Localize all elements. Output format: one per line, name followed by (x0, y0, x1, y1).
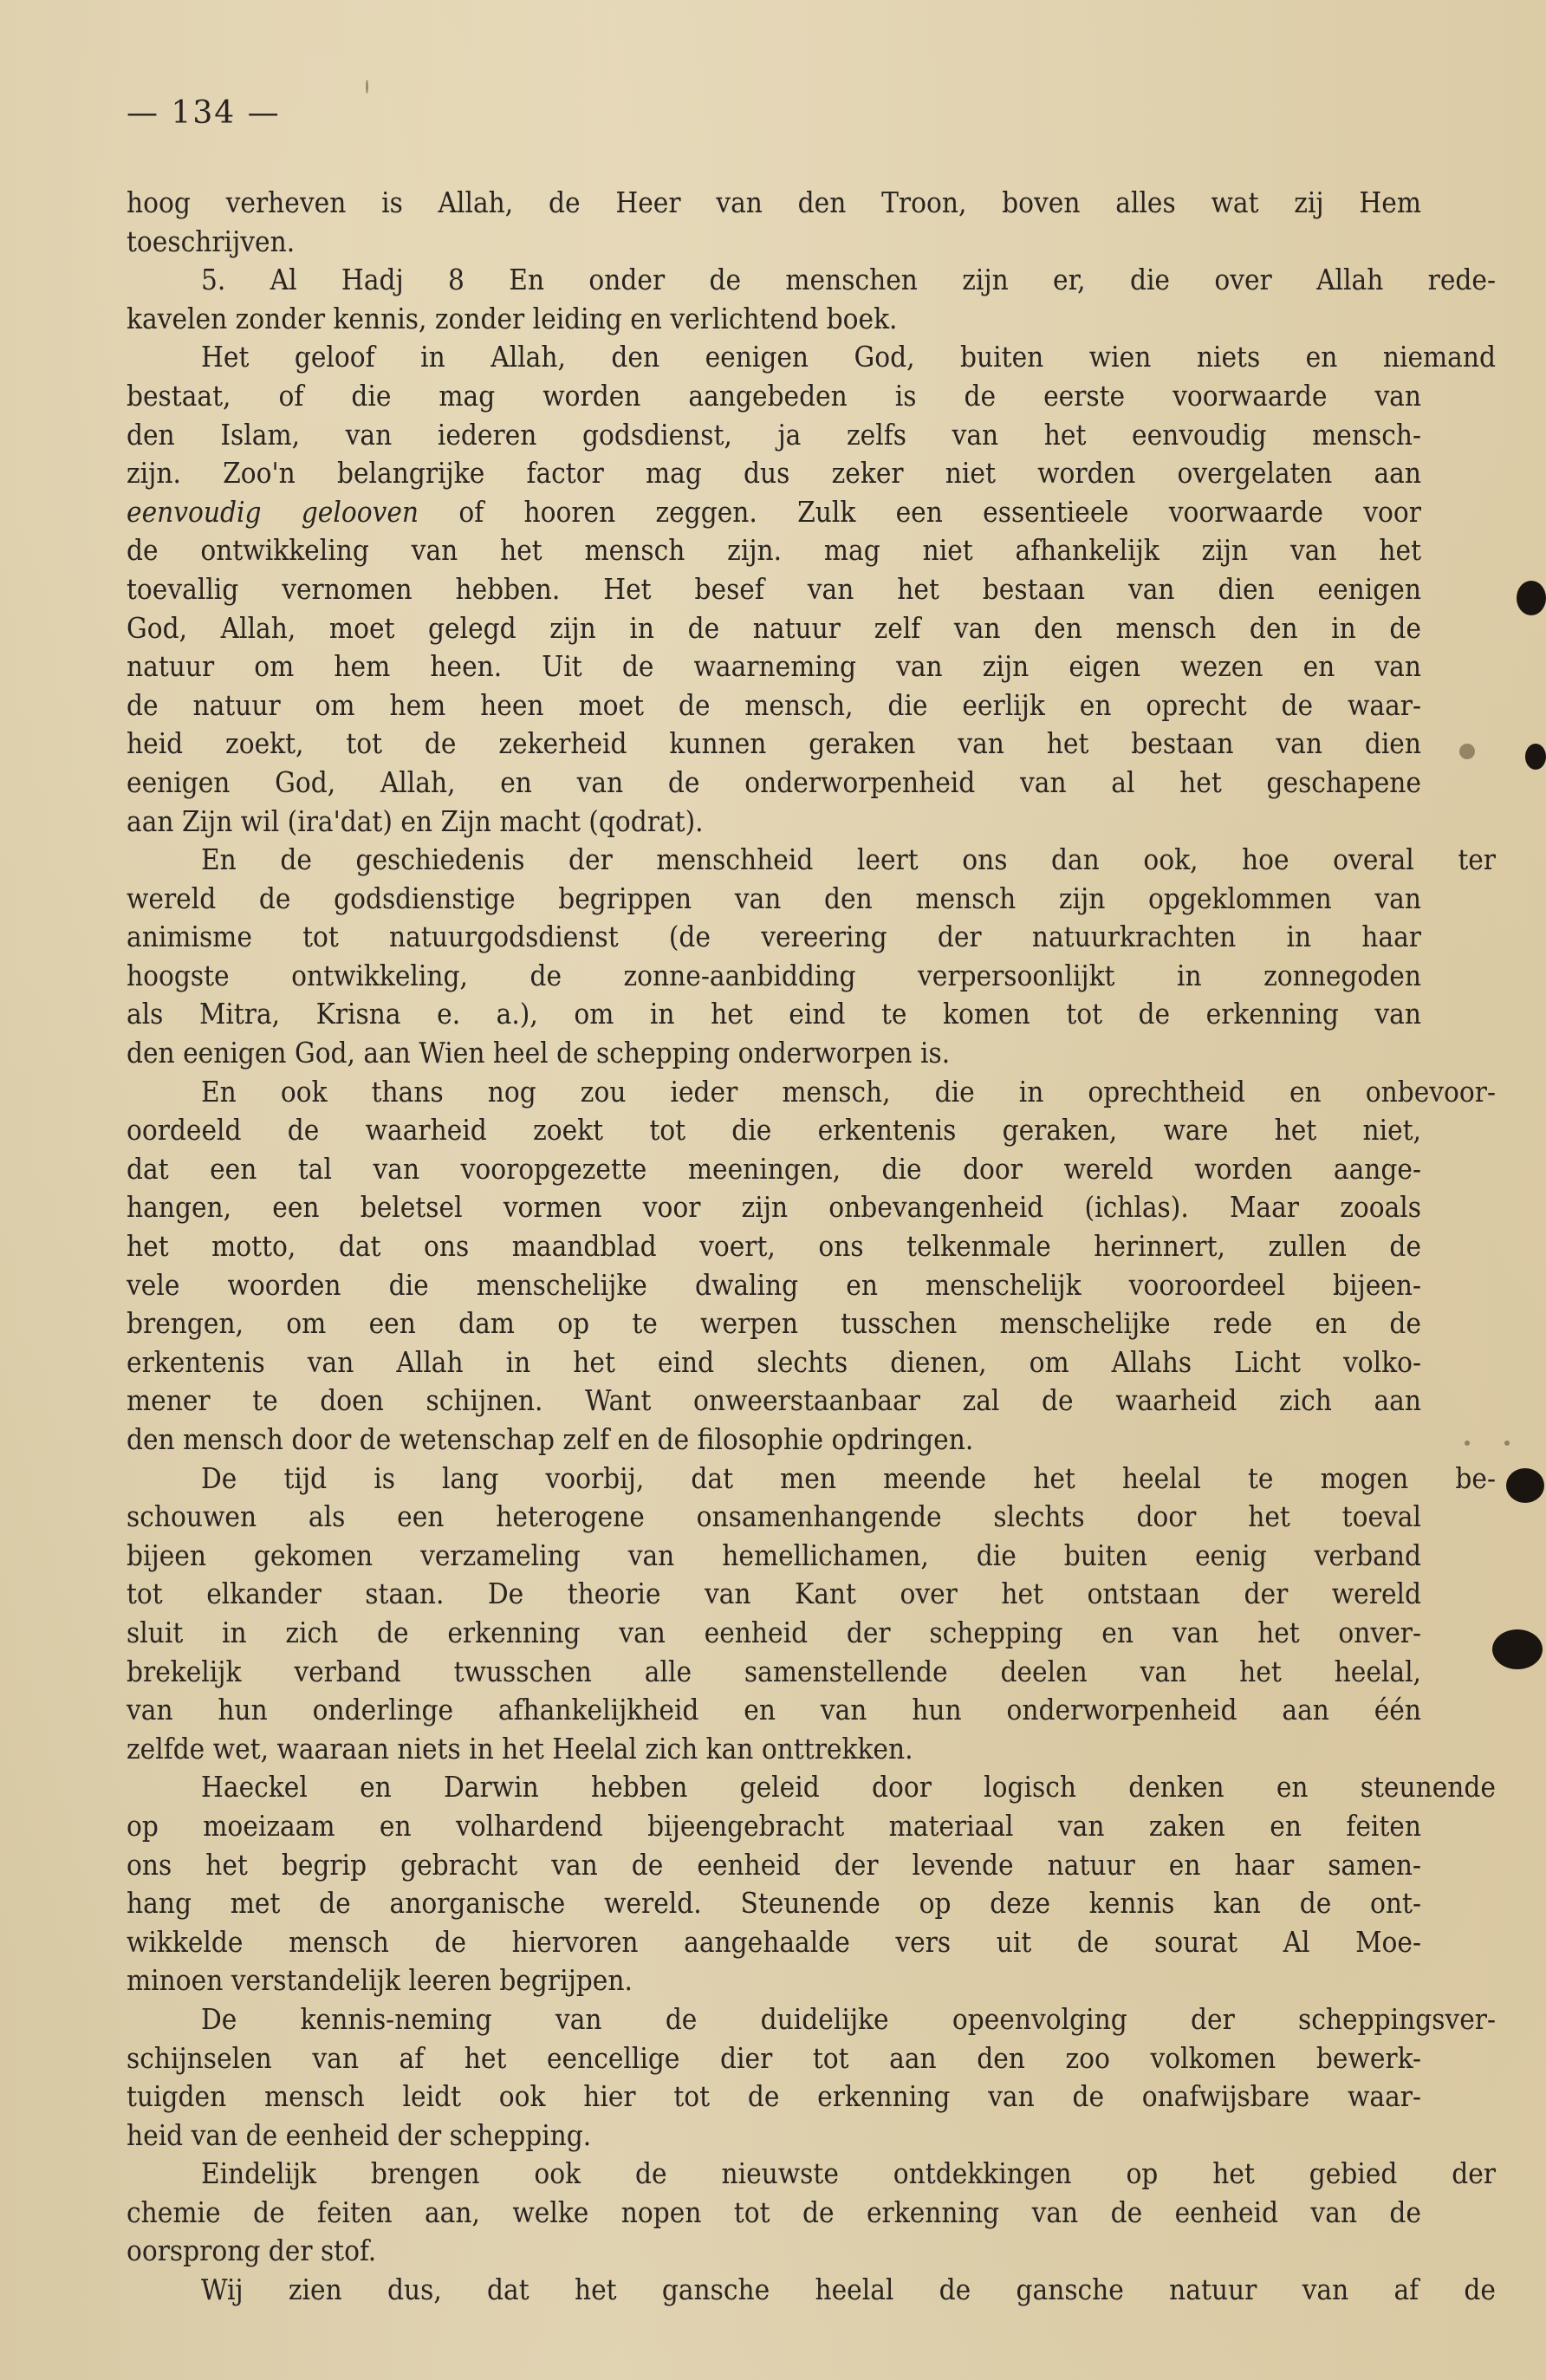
line-text: oordeeld de waarheid zoekt tot die erken… (127, 1113, 1421, 1147)
line-text: het motto, dat ons maandblad voert, ons … (127, 1229, 1421, 1263)
line-text: God, Allah, moet gelegd zijn in de natuu… (127, 611, 1421, 645)
line-text: De tijd is lang voorbij, dat men meende … (201, 1461, 1496, 1495)
line-text: dat een tal van vooropgezette meeningen,… (127, 1152, 1421, 1186)
line-text: wereld de godsdienstige begrippen van de… (127, 881, 1421, 915)
text-line: hangen, een beletsel vormen voor zijn on… (127, 1188, 1421, 1227)
line-text: als Mitra, Krisna e. a.), om in het eind… (127, 997, 1421, 1031)
line-text: hoogste ontwikkeling, de zonne-aanbiddin… (127, 959, 1421, 992)
text-line: tot elkander staan. De theorie van Kant … (127, 1575, 1421, 1614)
text-line: Het geloof in Allah, den eenigen God, bu… (127, 338, 1496, 377)
line-text: den mensch door de wetenschap zelf en de… (127, 1422, 973, 1456)
text-line: bestaat, of die mag worden aangebeden is… (127, 377, 1421, 416)
line-text: 5. Al Hadj 8 En onder de menschen zijn e… (201, 263, 1496, 296)
line-text: hoog verheven is Allah, de Heer van den … (127, 185, 1421, 219)
paper-speck (1465, 1440, 1470, 1446)
paper-speck (1504, 1440, 1510, 1446)
line-text: op moeizaam en volhardend bijeengebracht… (127, 1809, 1421, 1843)
text-line: Wij zien dus, dat het gansche heelal de … (127, 2271, 1496, 2310)
text-line: hang met de anorganische wereld. Steunen… (127, 1884, 1421, 1923)
line-text: den eenigen God, aan Wien heel de schepp… (127, 1036, 950, 1070)
text-line: mener te doen schijnen. Want onweerstaan… (127, 1382, 1421, 1421)
line-text: De kennis-neming van de duidelijke opeen… (201, 2002, 1496, 2036)
line-text: Haeckel en Darwin hebben geleid door log… (201, 1770, 1496, 1804)
line-text: minoen verstandelijk leeren begrijpen. (127, 1963, 633, 1997)
text-line: natuur om hem heen. Uit de waarneming va… (127, 647, 1421, 686)
line-text: van hun onderlinge afhankelijkheid en va… (127, 1693, 1421, 1726)
paper-speck (366, 80, 368, 94)
line-text: tuigden mensch leidt ook hier tot de erk… (127, 2079, 1421, 2113)
line-text: erkentenis van Allah in het eind slechts… (127, 1345, 1421, 1379)
text-line: de natuur om hem heen moet de mensch, di… (127, 686, 1421, 725)
text-line: En ook thans nog zou ieder mensch, die i… (127, 1073, 1496, 1112)
text-line: toeschrijven. (127, 223, 1421, 262)
line-text: mener te doen schijnen. Want onweerstaan… (127, 1383, 1421, 1417)
line-text: bestaat, of die mag worden aangebeden is… (127, 379, 1421, 413)
text-line: brekelijk verband twusschen alle samenst… (127, 1653, 1421, 1692)
line-text: schouwen als een heterogene onsamenhange… (127, 1499, 1421, 1533)
line-text: brekelijk verband twusschen alle samenst… (127, 1655, 1421, 1688)
line-text: de natuur om hem heen moet de mensch, di… (127, 688, 1421, 722)
line-text: toevallig vernomen hebben. Het besef van… (127, 572, 1421, 606)
text-line: zelfde wet, waaraan niets in het Heelal … (127, 1730, 1421, 1769)
line-text: eenigen God, Allah, en van de onderworpe… (127, 765, 1421, 799)
line-text: de ontwikkeling van het mensch zijn. mag… (127, 533, 1421, 567)
text-line: En de geschiedenis der menschheid leert … (127, 841, 1496, 880)
text-line: oordeeld de waarheid zoekt tot die erken… (127, 1111, 1421, 1150)
line-text: Het geloof in Allah, den eenigen God, bu… (201, 340, 1496, 374)
text-line: wikkelde mensch de hiervoren aangehaalde… (127, 1923, 1421, 1962)
line-text: chemie de feiten aan, welke nopen tot de… (127, 2195, 1421, 2229)
text-line: 5. Al Hadj 8 En onder de menschen zijn e… (127, 261, 1496, 300)
line-text: zijn. Zoo'n belangrijke factor mag dus z… (127, 456, 1421, 490)
binding-hole-3 (1506, 1468, 1544, 1503)
text-line: bijeen gekomen verzameling van hemellich… (127, 1537, 1421, 1576)
text-line: wereld de godsdienstige begrippen van de… (127, 880, 1421, 919)
text-line: het motto, dat ons maandblad voert, ons … (127, 1227, 1421, 1266)
text-line: heid van de eenheid der schepping. (127, 2117, 1421, 2156)
text-line: De kennis-neming van de duidelijke opeen… (127, 2000, 1496, 2039)
text-line: als Mitra, Krisna e. a.), om in het eind… (127, 995, 1421, 1034)
text-line: op moeizaam en volhardend bijeengebracht… (127, 1807, 1421, 1846)
text-line: den Islam, van iederen godsdienst, ja ze… (127, 416, 1421, 455)
line-text: aan Zijn wil (ira'dat) en Zijn macht (qo… (127, 804, 704, 838)
line-text: toeschrijven. (127, 224, 295, 258)
body-text: hoog verheven is Allah, de Heer van den … (127, 184, 1421, 2310)
line-text: ons het begrip gebracht van de eenheid d… (127, 1848, 1421, 1882)
text-line: den eenigen God, aan Wien heel de schepp… (127, 1034, 1421, 1073)
line-text: heid zoekt, tot de zekerheid kunnen gera… (127, 726, 1421, 760)
text-line: God, Allah, moet gelegd zijn in de natuu… (127, 609, 1421, 648)
text-line: oorsprong der stof. (127, 2232, 1421, 2271)
line-text: schijnselen van af het eencellige dier t… (127, 2041, 1421, 2075)
line-text: oorsprong der stof. (127, 2234, 376, 2267)
binding-hole-2 (1525, 744, 1546, 770)
text-line: minoen verstandelijk leeren begrijpen. (127, 1961, 1421, 2000)
line-text: tot elkander staan. De theorie van Kant … (127, 1577, 1421, 1610)
paper-speck (1459, 744, 1475, 759)
text-line: animisme tot natuurgodsdienst (de vereer… (127, 918, 1421, 957)
text-line: hoogste ontwikkeling, de zonne-aanbiddin… (127, 957, 1421, 996)
line-text: Eindelijk brengen ook de nieuwste ontdek… (201, 2156, 1496, 2190)
line-text: wikkelde mensch de hiervoren aangehaalde… (127, 1925, 1421, 1959)
text-line: heid zoekt, tot de zekerheid kunnen gera… (127, 725, 1421, 764)
text-line: De tijd is lang voorbij, dat men meende … (127, 1460, 1496, 1499)
binding-hole-1 (1517, 581, 1546, 615)
line-text: sluit in zich de erkenning van eenheid d… (127, 1616, 1421, 1649)
text-line: chemie de feiten aan, welke nopen tot de… (127, 2194, 1421, 2233)
binding-hole-4 (1492, 1629, 1543, 1669)
line-text: zelfde wet, waaraan niets in het Heelal … (127, 1732, 913, 1765)
line-text: hang met de anorganische wereld. Steunen… (127, 1886, 1421, 1920)
text-line: schijnselen van af het eencellige dier t… (127, 2039, 1421, 2078)
text-line: sluit in zich de erkenning van eenheid d… (127, 1614, 1421, 1653)
text-line: hoog verheven is Allah, de Heer van den … (127, 184, 1421, 223)
line-text: heid van de eenheid der schepping. (127, 2118, 591, 2152)
text-line: erkentenis van Allah in het eind slechts… (127, 1343, 1421, 1382)
line-text: kavelen zonder kennis, zonder leiding en… (127, 302, 898, 335)
italic-phrase: eenvoudig gelooven (127, 495, 419, 529)
line-text: den Islam, van iederen godsdienst, ja ze… (127, 418, 1421, 452)
text-line: de ontwikkeling van het mensch zijn. mag… (127, 531, 1421, 570)
line-text: of hooren zeggen. Zulk een essentieele v… (419, 495, 1421, 529)
text-line: Eindelijk brengen ook de nieuwste ontdek… (127, 2155, 1496, 2194)
text-line: toevallig vernomen hebben. Het besef van… (127, 570, 1421, 609)
text-line: Haeckel en Darwin hebben geleid door log… (127, 1768, 1496, 1807)
text-line: eenvoudig gelooven of hooren zeggen. Zul… (127, 493, 1421, 532)
line-text: En de geschiedenis der menschheid leert … (201, 842, 1496, 876)
text-line: tuigden mensch leidt ook hier tot de erk… (127, 2078, 1421, 2117)
text-line: den mensch door de wetenschap zelf en de… (127, 1421, 1421, 1460)
text-line: zijn. Zoo'n belangrijke factor mag dus z… (127, 454, 1421, 493)
line-text: En ook thans nog zou ieder mensch, die i… (201, 1075, 1496, 1109)
line-text: natuur om hem heen. Uit de waarneming va… (127, 649, 1421, 683)
line-text: animisme tot natuurgodsdienst (de vereer… (127, 920, 1421, 953)
text-line: aan Zijn wil (ira'dat) en Zijn macht (qo… (127, 803, 1421, 842)
text-line: kavelen zonder kennis, zonder leiding en… (127, 300, 1421, 339)
text-line: dat een tal van vooropgezette meeningen,… (127, 1150, 1421, 1189)
line-text: Wij zien dus, dat het gansche heelal de … (201, 2273, 1496, 2306)
text-line: van hun onderlinge afhankelijkheid en va… (127, 1691, 1421, 1730)
line-text: vele woorden die menschelijke dwaling en… (127, 1268, 1421, 1302)
text-line: ons het begrip gebracht van de eenheid d… (127, 1846, 1421, 1885)
text-line: brengen, om een dam op te werpen tussche… (127, 1304, 1421, 1343)
line-text: hangen, een beletsel vormen voor zijn on… (127, 1190, 1421, 1224)
line-text: bijeen gekomen verzameling van hemellich… (127, 1538, 1421, 1572)
line-text: brengen, om een dam op te werpen tussche… (127, 1306, 1421, 1340)
text-line: eenigen God, Allah, en van de onderworpe… (127, 764, 1421, 803)
text-line: vele woorden die menschelijke dwaling en… (127, 1266, 1421, 1305)
text-line: schouwen als een heterogene onsamenhange… (127, 1498, 1421, 1537)
page-number: — 134 — (127, 95, 281, 131)
